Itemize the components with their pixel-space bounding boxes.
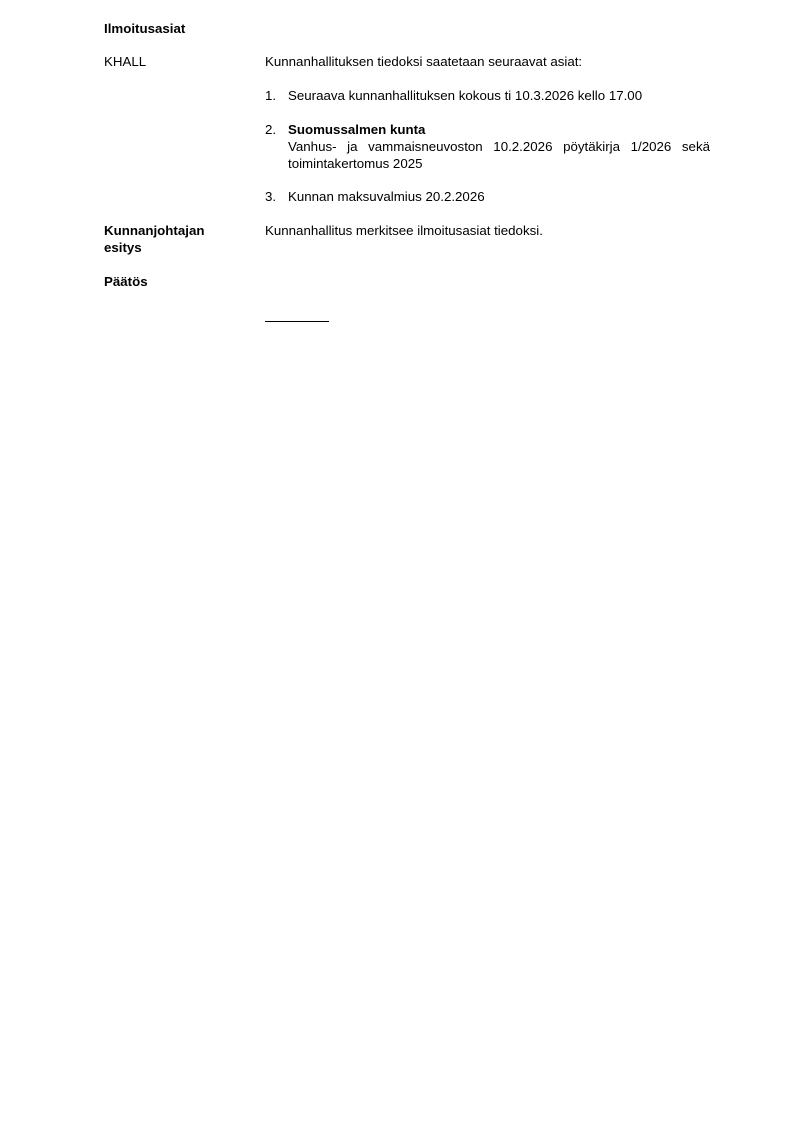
- list-item-text: Seuraava kunnanhallituksen kokous ti 10.…: [288, 87, 642, 104]
- proposal-text: Kunnanhallitus merkitsee ilmoitusasiat t…: [265, 222, 543, 239]
- list-item-text: Kunnan maksuvalmius 20.2.2026: [288, 188, 485, 205]
- list-item-title: Suomussalmen kunta: [288, 121, 425, 138]
- proposal-label-line1: Kunnanjohtajan: [104, 222, 204, 239]
- decision-label: Päätös: [104, 273, 148, 290]
- section-title: Ilmoitusasiat: [104, 20, 185, 37]
- list-item-number: 1.: [265, 87, 276, 104]
- list-item-number: 2.: [265, 121, 276, 138]
- signature-rule: [265, 321, 329, 322]
- body-label: KHALL: [104, 53, 146, 70]
- intro-text: Kunnanhallituksen tiedoksi saatetaan seu…: [265, 53, 582, 70]
- list-item-number: 3.: [265, 188, 276, 205]
- list-item-text: Vanhus- ja vammaisneuvoston 10.2.2026 pö…: [288, 138, 710, 172]
- proposal-label-line2: esitys: [104, 239, 142, 256]
